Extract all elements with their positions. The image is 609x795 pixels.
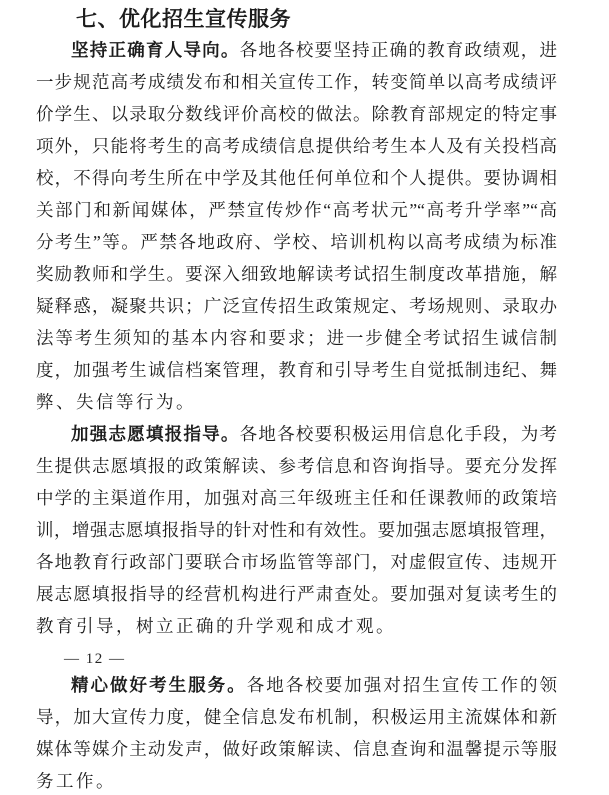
text-line: 中学的主渠道作用，加强对高三年级班主任和任课教师的政策培: [36, 482, 557, 514]
document-page: 七、优化招生宣传服务 坚持正确育人导向。各地各校要坚持正确的教育政绩观，进 一步…: [0, 0, 609, 795]
text-line: 法等考生须知的基本内容和要求；进一步健全考试招生诚信制: [36, 322, 557, 354]
text-line: 校，不得向考生所在中学及其他任何单位和个人提供。要协调相: [36, 162, 557, 194]
paragraph: 坚持正确育人导向。各地各校要坚持正确的教育政绩观，进 一步规范高考成绩发布和相关…: [36, 34, 557, 418]
paragraph-lead: 加强志愿填报指导。: [71, 424, 240, 444]
text-line: 生提供志愿填报的政策解读、参考信息和咨询指导。要充分发挥: [36, 450, 557, 482]
text-line: 各地教育行政部门要联合市场监管等部门，对虚假宣传、违规开: [36, 546, 557, 578]
text-line: 加强志愿填报指导。各地各校要积极运用信息化手段，为考: [36, 418, 557, 450]
text-line: 项外，只能将考生的高考成绩信息提供给考生本人及有关投档高: [36, 130, 557, 162]
text-run: 各地各校要积极运用信息化手段，为考: [240, 424, 557, 444]
text-line: 奖励教师和学生。要深入细致地解读考试招生制度改革措施，解: [36, 258, 557, 290]
text-line: 弊、失信等行为。: [36, 386, 557, 418]
text-line: 展志愿填报指导的经营机构进行严肃查处。要加强对复读考生的: [36, 578, 557, 610]
text-line: 精心做好考生服务。各地各校要加强对招生宣传工作的领: [36, 669, 557, 701]
text-line: 分考生”等。严禁各地政府、学校、培训机构以高考成绩为标准: [36, 226, 557, 258]
text-line: 价学生、以录取分数线评价高校的做法。除教育部规定的特定事: [36, 98, 557, 130]
paragraph-lead: 坚持正确育人导向。: [71, 40, 240, 60]
paragraph: 精心做好考生服务。各地各校要加强对招生宣传工作的领 导，加大宣传力度，健全信息发…: [36, 669, 557, 795]
document-content: 七、优化招生宣传服务 坚持正确育人导向。各地各校要坚持正确的教育政绩观，进 一步…: [36, 4, 557, 795]
text-line: 度，加强考生诚信档案管理，教育和引导考生自觉抵制违纪、舞: [36, 354, 557, 386]
text-line: 训，增强志愿填报指导的针对性和有效性。要加强志愿填报管理，: [36, 514, 557, 546]
paragraph: 加强志愿填报指导。各地各校要积极运用信息化手段，为考 生提供志愿填报的政策解读、…: [36, 418, 557, 642]
text-line: 坚持正确育人导向。各地各校要坚持正确的教育政绩观，进: [36, 34, 557, 66]
text-line: 一步规范高考成绩发布和相关宣传工作，转变简单以高考成绩评: [36, 66, 557, 98]
text-line: 关部门和新闻媒体，严禁宣传炒作“高考状元”“高考升学率”“高: [36, 194, 557, 226]
text-run: 各地各校要坚持正确的教育政绩观，进: [240, 40, 557, 60]
text-line: 媒体等媒介主动发声，做好政策解读、信息查询和温馨提示等服: [36, 733, 557, 765]
text-line: 务工作。: [36, 765, 557, 795]
paragraph-lead: 精心做好考生服务。: [71, 675, 247, 695]
text-line: 教育引导，树立正确的升学观和成才观。: [36, 610, 557, 642]
text-line: 导，加大宣传力度，健全信息发布机制，积极运用主流媒体和新: [36, 701, 557, 733]
page-number: — 12 —: [64, 649, 557, 669]
text-run: 各地各校要加强对招生宣传工作的领: [247, 675, 557, 695]
section-heading: 七、优化招生宣传服务: [36, 4, 557, 34]
text-line: 疑释惑，凝聚共识；广泛宣传招生政策规定、考场规则、录取办: [36, 290, 557, 322]
